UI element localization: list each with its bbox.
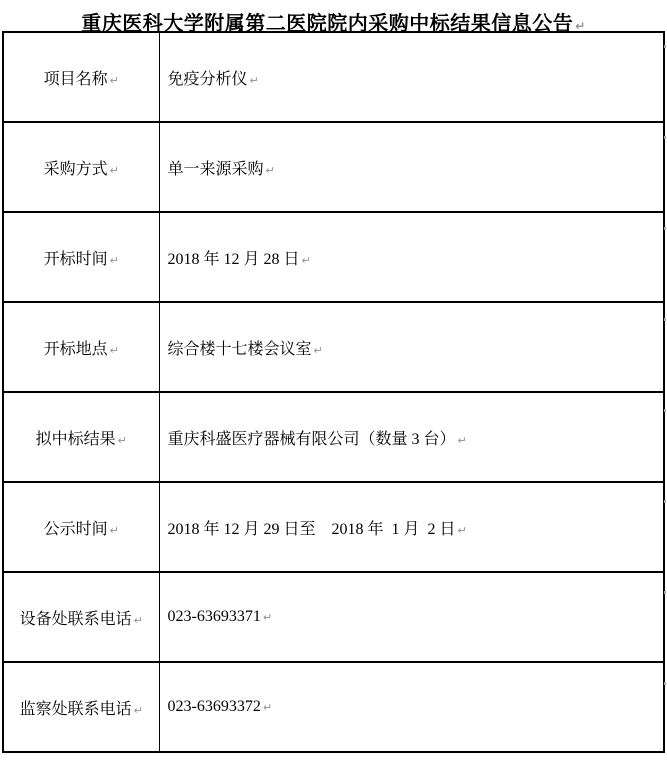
table-row: 公示时间↵ 2018 年 12 月 29 日至 2018 年 1 月 2 日↵ bbox=[3, 482, 664, 572]
field-value-cell: 023-63693371↵ bbox=[159, 572, 664, 662]
paragraph-mark-icon: ↵ bbox=[458, 434, 467, 447]
field-value: 023-63693371 bbox=[168, 608, 261, 625]
page-title-text: 重庆医科大学附属第二医院院内采购中标结果信息公告 bbox=[81, 13, 573, 35]
paragraph-mark-icon: ↵ bbox=[110, 164, 119, 177]
paragraph-mark-icon: ↵ bbox=[266, 164, 275, 177]
field-label-cell: 公示时间↵ bbox=[3, 482, 159, 572]
field-label: 开标时间 bbox=[44, 251, 108, 268]
field-label: 设备处联系电话 bbox=[20, 611, 132, 628]
page-title: 重庆医科大学附属第二医院院内采购中标结果信息公告↵ bbox=[0, 0, 667, 31]
field-label: 公示时间 bbox=[44, 521, 108, 538]
field-label: 项目名称 bbox=[44, 71, 108, 88]
table-row: 设备处联系电话↵ 023-63693371↵ bbox=[3, 572, 664, 662]
field-value: 综合楼十七楼会议室 bbox=[168, 341, 312, 358]
field-value: 重庆科盛医疗器械有限公司（数量 3 台） bbox=[168, 431, 456, 448]
paragraph-mark-icon: ↵ bbox=[263, 701, 272, 714]
field-label-cell: 设备处联系电话↵ bbox=[3, 572, 159, 662]
row-end-mark bbox=[664, 500, 666, 503]
field-label-cell: 项目名称↵ bbox=[3, 32, 159, 122]
paragraph-mark-icon: ↵ bbox=[302, 254, 311, 267]
paragraph-mark-icon: ↵ bbox=[263, 611, 272, 624]
row-end-mark bbox=[664, 45, 666, 48]
field-value: 2018 年 12 月 28 日 bbox=[168, 251, 300, 268]
table-row: 拟中标结果↵ 重庆科盛医疗器械有限公司（数量 3 台）↵ bbox=[3, 392, 664, 482]
field-label-cell: 开标时间↵ bbox=[3, 212, 159, 302]
paragraph-mark-icon: ↵ bbox=[314, 344, 323, 357]
field-value-cell: 免疫分析仪↵ bbox=[159, 32, 664, 122]
field-label-cell: 拟中标结果↵ bbox=[3, 392, 159, 482]
row-end-mark bbox=[664, 227, 666, 230]
paragraph-mark-icon: ↵ bbox=[134, 704, 143, 717]
field-label: 采购方式 bbox=[44, 161, 108, 178]
field-value: 单一来源采购 bbox=[168, 161, 264, 178]
row-end-mark bbox=[664, 409, 666, 412]
field-value-cell: 单一来源采购↵ bbox=[159, 122, 664, 212]
field-label-cell: 采购方式↵ bbox=[3, 122, 159, 212]
field-value-cell: 023-63693372↵ bbox=[159, 662, 664, 752]
paragraph-mark-icon: ↵ bbox=[118, 434, 127, 447]
table-row: 项目名称↵ 免疫分析仪↵ bbox=[3, 32, 664, 122]
table-row: 采购方式↵ 单一来源采购↵ bbox=[3, 122, 664, 212]
paragraph-mark-icon: ↵ bbox=[110, 524, 119, 537]
document-page: 重庆医科大学附属第二医院院内采购中标结果信息公告↵ 项目名称↵ 免疫分析仪↵ 采… bbox=[0, 0, 667, 764]
paragraph-mark-icon: ↵ bbox=[110, 344, 119, 357]
field-value-cell: 综合楼十七楼会议室↵ bbox=[159, 302, 664, 392]
field-value: 2018 年 12 月 29 日至 2018 年 1 月 2 日 bbox=[168, 521, 456, 538]
paragraph-mark-icon: ↵ bbox=[458, 524, 467, 537]
announcement-table: 项目名称↵ 免疫分析仪↵ 采购方式↵ 单一来源采购↵ 开标时间↵ 2018 年 … bbox=[2, 31, 665, 753]
field-value: 023-63693372 bbox=[168, 698, 261, 715]
row-end-mark bbox=[664, 682, 666, 685]
table-row: 监察处联系电话↵ 023-63693372↵ bbox=[3, 662, 664, 752]
field-label: 拟中标结果 bbox=[36, 431, 116, 448]
table-row: 开标时间↵ 2018 年 12 月 28 日↵ bbox=[3, 212, 664, 302]
field-value: 免疫分析仪 bbox=[168, 71, 248, 88]
field-value-cell: 2018 年 12 月 28 日↵ bbox=[159, 212, 664, 302]
paragraph-mark-icon: ↵ bbox=[250, 74, 259, 87]
field-label: 开标地点 bbox=[44, 341, 108, 358]
field-label-cell: 开标地点↵ bbox=[3, 302, 159, 392]
paragraph-mark-icon: ↵ bbox=[110, 254, 119, 267]
paragraph-mark-icon: ↵ bbox=[110, 74, 119, 87]
row-end-mark bbox=[664, 318, 666, 321]
table-row: 开标地点↵ 综合楼十七楼会议室↵ bbox=[3, 302, 664, 392]
field-value-cell: 重庆科盛医疗器械有限公司（数量 3 台）↵ bbox=[159, 392, 664, 482]
row-end-mark bbox=[664, 136, 666, 139]
field-value-cell: 2018 年 12 月 29 日至 2018 年 1 月 2 日↵ bbox=[159, 482, 664, 572]
paragraph-mark-icon: ↵ bbox=[575, 19, 586, 33]
field-label-cell: 监察处联系电话↵ bbox=[3, 662, 159, 752]
paragraph-mark-icon: ↵ bbox=[134, 614, 143, 627]
row-end-mark bbox=[664, 591, 666, 594]
field-label: 监察处联系电话 bbox=[20, 701, 132, 718]
